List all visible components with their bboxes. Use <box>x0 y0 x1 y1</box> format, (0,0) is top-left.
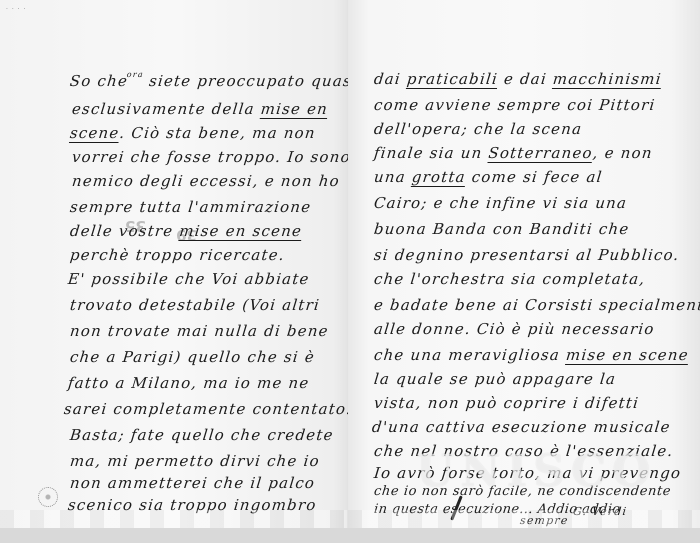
underlined-phrase: Sotterraneo <box>488 144 594 162</box>
handwritten-line: scene. Ciò sta bene, ma non <box>69 124 317 142</box>
handwritten-line: E' possibile che Voi abbiate <box>67 270 311 288</box>
handwritten-line: e badate bene ai Corsisti specialmente <box>373 296 700 314</box>
handwritten-line: perchè troppo ricercate. <box>69 246 286 264</box>
corner-mark: · · · · <box>6 6 26 13</box>
right-page: dai praticabili e dai macchinismi come a… <box>348 0 700 528</box>
handwritten-line: sarei completamente contentato. <box>63 400 353 418</box>
left-page: · · · · 35 39 So cheora siete preoccupat… <box>0 0 348 528</box>
handwritten-line: che l'orchestra sia completata, <box>373 270 646 288</box>
handwritten-line: fatto a Milano, ma io me ne <box>67 374 310 392</box>
handwritten-line: dell'opera; che la scena <box>373 120 583 138</box>
handwritten-line: esclusivamente della mise en <box>71 100 329 118</box>
archive-stamp-icon <box>38 487 58 507</box>
page-edge <box>348 510 700 528</box>
handwritten-line: buona Banda con Banditi che <box>373 220 630 238</box>
handwritten-line: come avviene sempre coi Pittori <box>373 96 656 114</box>
page-edge <box>0 510 347 528</box>
handwritten-line: vorrei che fosse troppo. Io sono <box>71 148 352 166</box>
watermark: UNISCO <box>416 446 656 497</box>
underlined-phrase: scene <box>69 124 120 142</box>
handwritten-line: d'una cattiva esecuzione musicale <box>371 418 672 436</box>
letter-spread: · · · · 35 39 So cheora siete preoccupat… <box>0 0 700 528</box>
handwritten-line: non trovate mai nulla di bene <box>69 322 330 340</box>
underlined-phrase: macchinismi <box>552 70 663 88</box>
handwritten-line: Basta; fate quello che credete <box>69 426 335 444</box>
handwritten-line: So cheora siete preoccupato quasi <box>69 70 359 90</box>
handwritten-line: la quale se può appagare la <box>373 370 617 388</box>
handwritten-line: ma, mi permetto dirvi che io <box>69 452 321 470</box>
handwritten-line: dai praticabili e dai macchinismi <box>373 70 663 88</box>
underlined-phrase: mise en scene <box>565 346 690 364</box>
handwritten-line: sempre tutta l'ammirazione <box>69 198 312 216</box>
handwritten-line: si degnino presentarsi al Pubblico. <box>373 246 680 264</box>
handwritten-line: che a Parigi) quello che si è <box>69 348 316 366</box>
underlined-phrase: mise en <box>260 100 329 118</box>
underlined-phrase: mise en scene <box>178 222 303 240</box>
handwritten-line: trovato detestabile (Voi altri <box>69 296 321 314</box>
handwritten-line: delle vostre mise en scene <box>69 222 303 240</box>
handwritten-line: una grotta come si fece al <box>373 168 604 186</box>
underlined-phrase: praticabili <box>406 70 499 88</box>
handwritten-line: non ammetterei che il palco <box>69 474 316 492</box>
handwritten-line: alle donne. Ciò è più necessario <box>373 320 656 338</box>
underlined-phrase: grotta <box>411 168 467 186</box>
handwritten-line: vista, non può coprire i difetti <box>373 394 640 412</box>
handwritten-line: finale sia un Sotterraneo, e non <box>373 144 654 162</box>
handwritten-line: nemico degli eccessi, e non ho <box>71 172 341 190</box>
handwritten-line: Cairo; e che infine vi sia una <box>373 194 628 212</box>
handwritten-line: che una meravigliosa mise en scene <box>373 346 690 364</box>
